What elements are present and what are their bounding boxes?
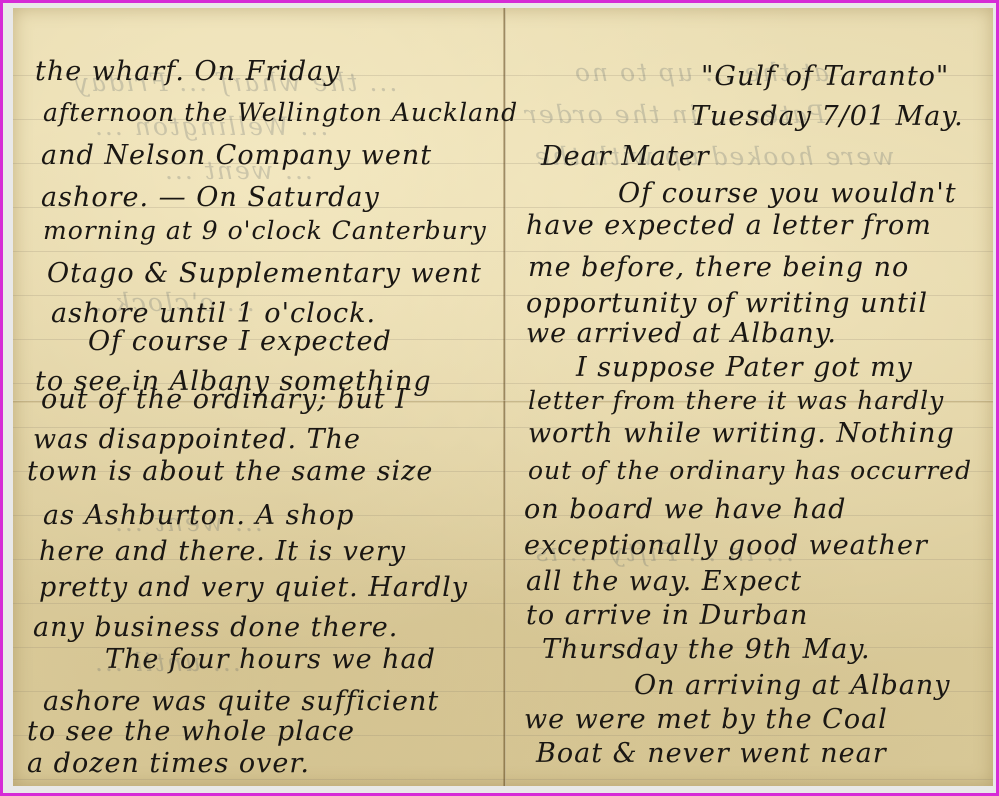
letter-salutation: Dear Mater (541, 143, 710, 170)
scan-frame: ... the wharf ... Friday ... Wellington … (3, 3, 996, 793)
letter-line: me before, there being no (528, 254, 909, 281)
letter-line: pretty and very quiet. Hardly (39, 574, 468, 601)
letter-heading-date: Tuesday 7/01 May. (691, 103, 964, 130)
letter-line: a dozen times over. (27, 750, 310, 777)
letter-line: to arrive in Durban (526, 602, 808, 629)
letter-heading-ship: "Gulf of Taranto" (701, 63, 949, 90)
letter-line: Boat & never went near (536, 740, 887, 767)
letter-line: any business done there. (33, 614, 398, 641)
letter-line: Otago & Supplementary went (47, 260, 482, 287)
letter-line: letter from there it was hardly (528, 388, 944, 413)
letter-line: exceptionally good weather (524, 532, 928, 559)
letter-line: out of the ordinary has occurred (528, 458, 972, 483)
letter-line: as Ashburton. A shop (43, 502, 354, 529)
letter-line: on board we have had (524, 496, 846, 523)
letter-line: all the way. Expect (526, 568, 802, 595)
letter-line: was disappointed. The (33, 426, 361, 453)
letter-line: we were met by the Coal (524, 706, 888, 733)
letter-line: Of course I expected (88, 328, 392, 355)
letter-sheet: ... the wharf ... Friday ... Wellington … (13, 8, 993, 786)
letter-line: have expected a letter from (526, 212, 932, 239)
letter-line: ashore was quite sufficient (43, 688, 439, 715)
letter-line: On arriving at Albany (634, 672, 950, 699)
letter-line: I suppose Pater got my (576, 354, 913, 381)
letter-line: ashore until 1 o'clock. (51, 300, 376, 327)
letter-line: and Nelson Company went (41, 142, 432, 169)
letter-line: opportunity of writing until (526, 290, 928, 317)
letter-line: worth while writing. Nothing (528, 420, 955, 447)
letter-line: morning at 9 o'clock Canterbury (43, 218, 487, 243)
right-page: "Gulf of Taranto" Tuesday 7/01 May. Dear… (506, 8, 993, 786)
letter-line: Thursday the 9th May. (542, 636, 871, 663)
letter-line: Of course you wouldn't (618, 180, 957, 207)
letter-line: to see the whole place (27, 718, 355, 745)
letter-line: the wharf. On Friday (35, 58, 341, 85)
letter-line: out of the ordinary; but I (41, 386, 407, 413)
left-page: the wharf. On Friday afternoon the Welli… (13, 8, 503, 786)
letter-line: town is about the same size (27, 458, 433, 485)
letter-line: we arrived at Albany. (526, 320, 837, 347)
letter-line: The four hours we had (105, 646, 436, 673)
letter-line: afternoon the Wellington Auckland (43, 100, 518, 125)
letter-line: ashore. — On Saturday (41, 184, 380, 211)
letter-line: here and there. It is very (39, 538, 406, 565)
